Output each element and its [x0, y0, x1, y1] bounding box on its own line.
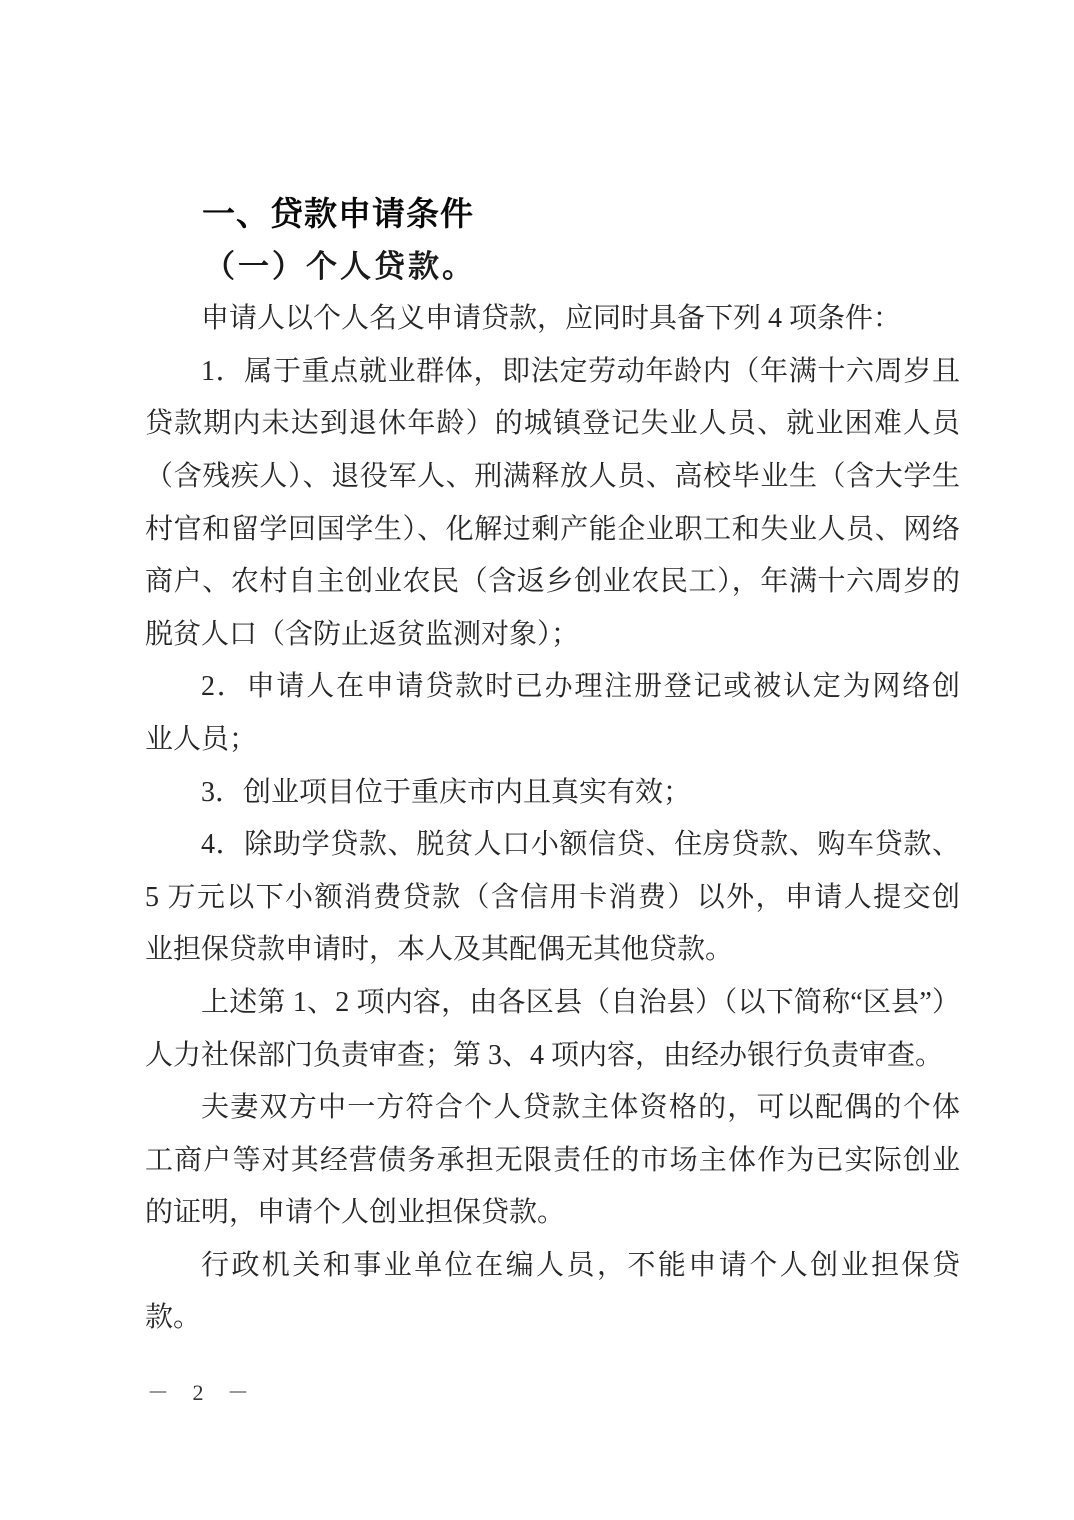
- document-content: 一、贷款申请条件 （一）个人贷款。 申请人以个人名义申请贷款，应同时具备下列 4…: [145, 188, 960, 1345]
- paragraph-5-line: 5 万元以下小额消费贷款（含信用卡消费）以外，申请人提交创: [145, 872, 960, 925]
- section-heading: 一、贷款申请条件: [145, 188, 960, 241]
- paragraph-6-line: 上述第 1、2 项内容，由各区县（自治县）（以下简称“区县”）: [145, 977, 960, 1030]
- paragraph-2-line: 1．属于重点就业群体，即法定劳动年龄内（年满十六周岁且: [145, 346, 960, 399]
- paragraph-8-line: 款。: [145, 1292, 960, 1345]
- paragraph-7-line: 夫妻双方中一方符合个人贷款主体资格的，可以配偶的个体: [145, 1082, 960, 1135]
- paragraph-2-line: 脱贫人口（含防止返贫监测对象）；: [145, 609, 960, 662]
- paragraph-3-line: 业人员；: [145, 714, 960, 767]
- paragraph-2-line: 贷款期内未达到退休年龄）的城镇登记失业人员、就业困难人员: [145, 398, 960, 451]
- paragraph-7-line: 工商户等对其经营债务承担无限责任的市场主体作为已实际创业: [145, 1135, 960, 1188]
- paragraph-6-line: 人力社保部门负责审查；第 3、4 项内容，由经办银行负责审查。: [145, 1030, 960, 1083]
- paragraph-2-line: （含残疾人）、退役军人、刑满释放人员、高校毕业生（含大学生: [145, 451, 960, 504]
- paragraph-2-line: 村官和留学回国学生）、化解过剩产能企业职工和失业人员、网络: [145, 504, 960, 557]
- paragraph-4-line: 3．创业项目位于重庆市内且真实有效；: [145, 767, 960, 820]
- paragraph-5-line: 业担保贷款申请时，本人及其配偶无其他贷款。: [145, 924, 960, 977]
- subsection-heading: （一）个人贷款。: [145, 241, 960, 294]
- page-number: － 2 －: [147, 1376, 258, 1407]
- paragraph-2-line: 商户、农村自主创业农民（含返乡创业农民工），年满十六周岁的: [145, 556, 960, 609]
- paragraph-5-line: 4．除助学贷款、脱贫人口小额信贷、住房贷款、购车贷款、: [145, 819, 960, 872]
- document-page: 一、贷款申请条件 （一）个人贷款。 申请人以个人名义申请贷款，应同时具备下列 4…: [0, 0, 1074, 1520]
- paragraph-7-line: 的证明，申请个人创业担保贷款。: [145, 1187, 960, 1240]
- paragraph-1-line: 申请人以个人名义申请贷款，应同时具备下列 4 项条件：: [145, 293, 960, 346]
- document-body: 申请人以个人名义申请贷款，应同时具备下列 4 项条件：1．属于重点就业群体，即法…: [145, 293, 960, 1345]
- paragraph-8-line: 行政机关和事业单位在编人员，不能申请个人创业担保贷: [145, 1240, 960, 1293]
- paragraph-3-line: 2．申请人在申请贷款时已办理注册登记或被认定为网络创: [145, 661, 960, 714]
